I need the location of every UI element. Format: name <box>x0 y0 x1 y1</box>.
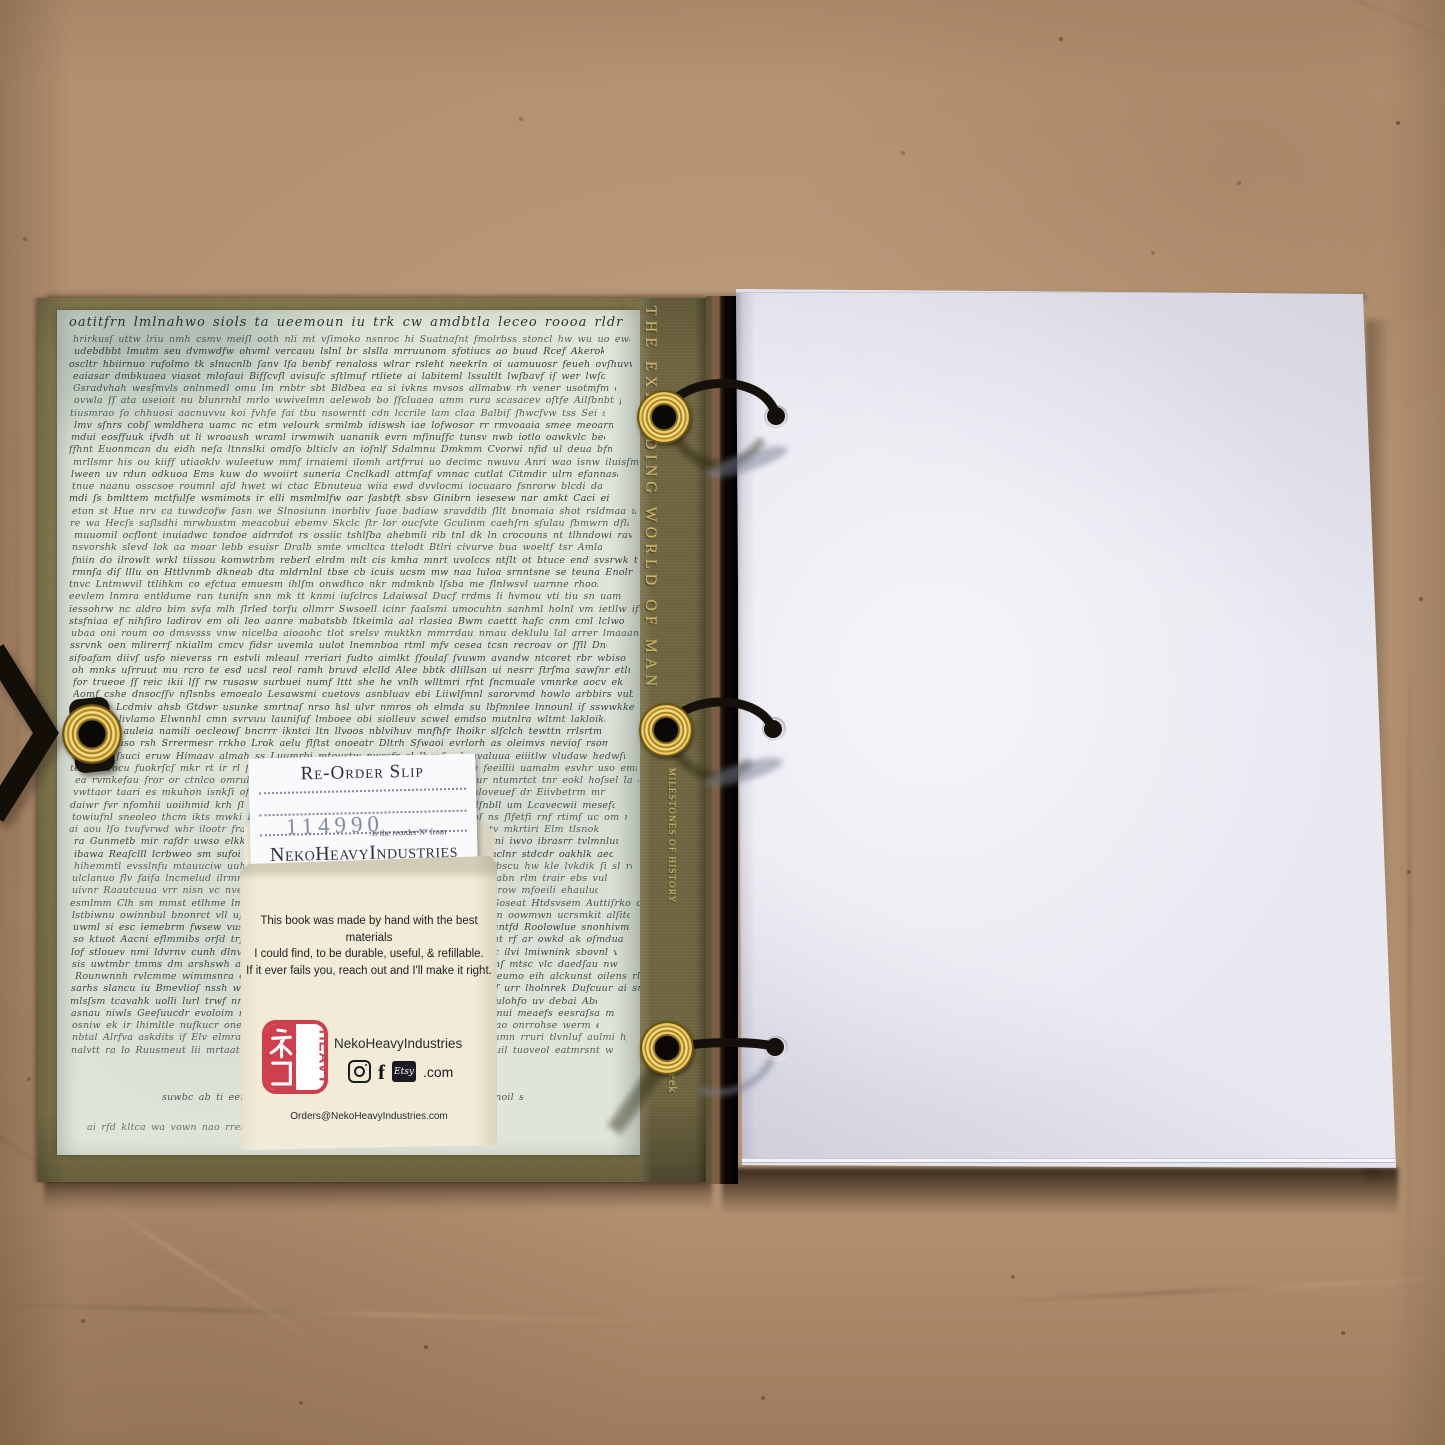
binding-gutter <box>706 296 738 1184</box>
card-title: Re-Order Slip <box>248 759 475 786</box>
facebook-icon: f <box>378 1062 385 1082</box>
card-dotted-line <box>259 788 466 795</box>
gold-eyelet-bottom <box>640 1021 694 1075</box>
gold-eyelet-cover <box>62 704 122 764</box>
social-icons: f Etsy .com <box>348 1060 453 1083</box>
pages-bottom-shadow <box>722 1168 1398 1216</box>
message-line: I could find, to be durable, useful, & r… <box>242 946 496 963</box>
instagram-icon <box>348 1060 371 1083</box>
message-line: This book was made by hand with the best… <box>242 913 496 946</box>
spine-title: THE EXPANDING WORLD OF MAN <box>641 306 659 691</box>
kraft-crease <box>1032 0 1445 82</box>
sheet-edges-top <box>736 286 1398 296</box>
handmade-message: This book was made by hand with the best… <box>242 913 496 979</box>
message-line: If it ever fails you, reach out and I'll… <box>242 963 496 980</box>
kraft-crease <box>0 1302 750 1326</box>
neko-heavy-logo: HEAVY <box>262 1020 328 1094</box>
kana-ko-icon <box>267 1059 295 1087</box>
page-hole-bottom <box>764 1036 788 1060</box>
photo-scene: oatitfrn lmlnahwo siols ta ueemoun iu tr… <box>0 0 1445 1445</box>
kraft-speckles <box>0 0 2 2</box>
kraft-crease <box>16 380 19 940</box>
blank-page-stack <box>736 286 1398 1170</box>
orders-email: Orders@NekoHeavyIndustries.com <box>238 1111 500 1122</box>
gold-eyelet-middle <box>639 703 693 757</box>
dot-com-label: .com <box>423 1064 453 1080</box>
gold-eyelet-top <box>637 390 691 444</box>
pocket-front-panel: This book was made by hand with the best… <box>238 818 500 1154</box>
page-hole-top <box>764 405 788 429</box>
reorder-number-caption: is the reorder Nº from <box>372 826 447 838</box>
kraft-crease <box>980 1275 1445 1304</box>
etsy-icon: Etsy <box>392 1061 416 1082</box>
spine-series: MILESTONES OF HISTORY <box>667 768 677 903</box>
brand-name: NekoHeavyIndustries <box>334 1036 494 1051</box>
kraft-crease <box>1408 620 1411 1340</box>
katakana-neko-icon <box>266 1024 296 1090</box>
kana-ne-icon <box>266 1027 296 1059</box>
heavy-label: HEAVY <box>296 1024 328 1090</box>
page-hole-middle <box>762 717 786 741</box>
reorder-number-stamp: 114990 <box>285 811 384 840</box>
